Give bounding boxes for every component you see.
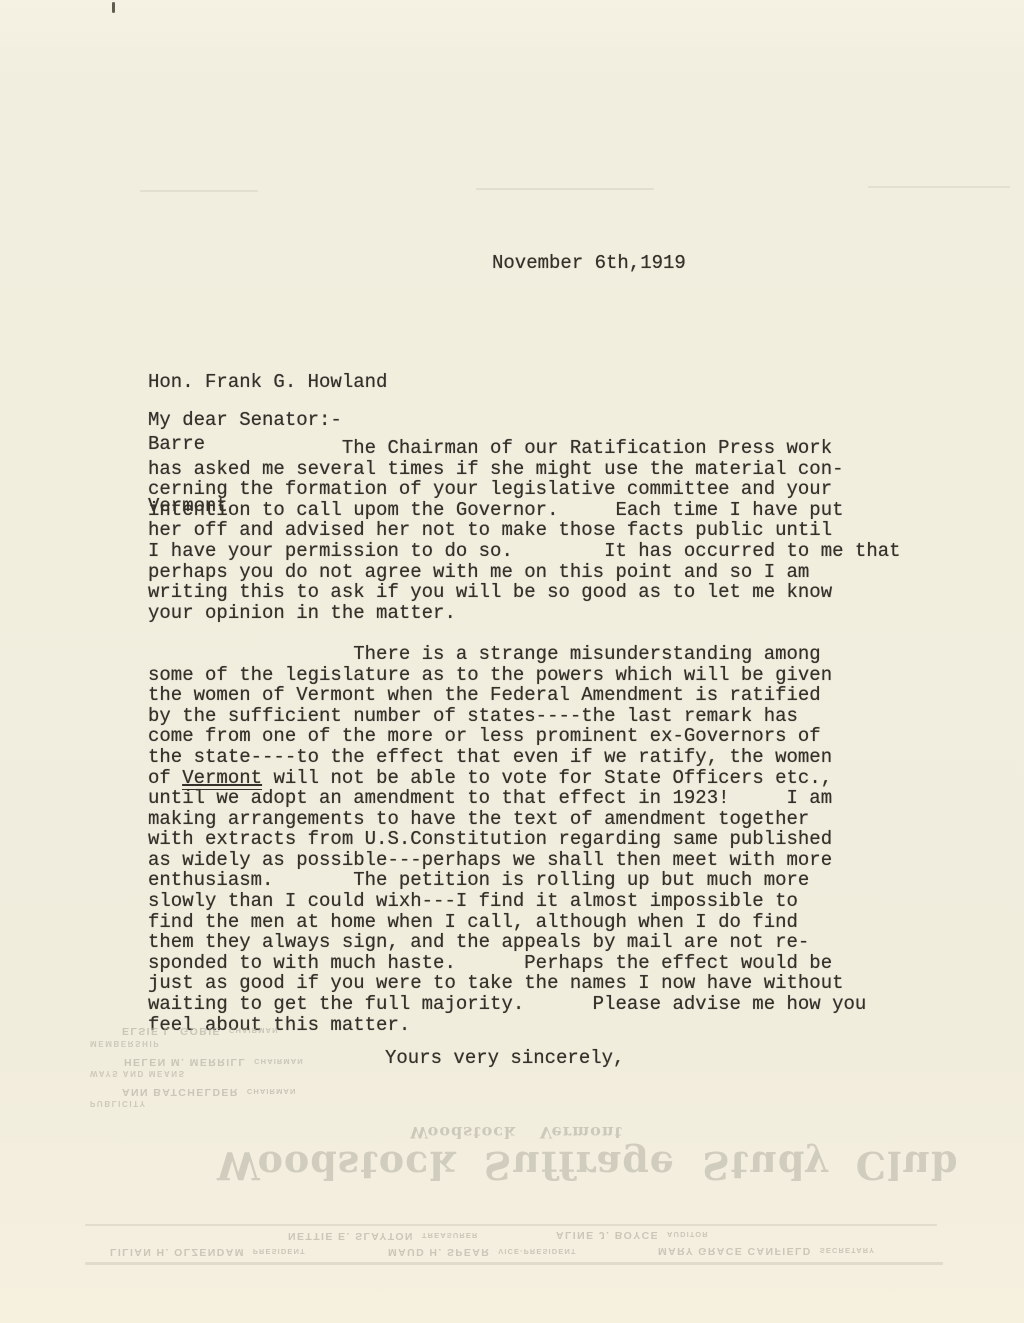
bleed-committee-title: WAYS AND MEANS — [90, 1069, 186, 1078]
bleed-rule-line — [85, 1224, 937, 1226]
bleed-committee-title: MEMBERSHIP — [90, 1039, 160, 1048]
bleed-officer: LILIAN H. OLZENDAMPRESIDENT — [110, 1246, 306, 1258]
chair-role: CHAIRMAN — [254, 1057, 304, 1066]
officer-name: LILIAN H. OLZENDAM — [110, 1246, 245, 1258]
bleed-committee-title: PUBLICITY — [90, 1099, 147, 1108]
salutation: My dear Senator:- — [148, 410, 342, 431]
bleed-rule-line — [85, 1262, 943, 1265]
officer-role: AUDITOR — [667, 1230, 709, 1239]
chair-role: CHAIRMAN — [247, 1087, 297, 1096]
officer-name: ALINE J. BOYCE — [556, 1229, 659, 1241]
officer-name: NETTIE E. SLAYTON — [288, 1230, 414, 1242]
letter-page: November 6th,1919 Hon. Frank G. Howland … — [0, 0, 1024, 1323]
recipient-name: Hon. Frank G. Howland — [148, 372, 387, 393]
officer-role: TREASURER — [422, 1231, 479, 1240]
bleed-committee-chair: ELSIE L. GOBIECHAIRMAN — [122, 1025, 279, 1037]
scan-artifact-line — [140, 190, 258, 192]
chair-name: HELEN M. MERRILL — [124, 1056, 246, 1068]
chair-name: ANN BATCHELDER — [122, 1086, 239, 1098]
officer-name: MARY GRACE CANFIELD — [658, 1245, 812, 1257]
scan-artifact-line — [868, 186, 1010, 188]
closing-line: Yours very sincerely, — [385, 1048, 624, 1069]
chair-name: ELSIE L. GOBIE — [122, 1025, 221, 1037]
officer-role: PRESIDENT — [253, 1247, 306, 1256]
bleed-letterhead-title: Woodstock Suffrage Study Club — [217, 1143, 959, 1188]
scan-artifact-mark — [112, 2, 115, 13]
bleed-officer: MARY GRACE CANFIELDSECRETARY — [658, 1245, 875, 1257]
scan-artifact-line — [476, 188, 654, 190]
bleed-officer: ALINE J. BOYCEAUDITOR — [556, 1229, 709, 1241]
chair-role: CHAIRMAN — [229, 1026, 279, 1035]
bleed-committee-chair: ANN BATCHELDERCHAIRMAN — [122, 1086, 296, 1098]
officer-role: VICE-PRESIDENT — [498, 1247, 576, 1256]
bleed-committee-chair: HELEN M. MERRILLCHAIRMAN — [124, 1056, 304, 1068]
letter-body: The Chairman of our Ratification Press w… — [148, 438, 901, 1035]
officer-name: MAUD H. SPEAR — [388, 1246, 490, 1258]
officer-role: SECRETARY — [820, 1246, 875, 1255]
bleed-letterhead-location: Woodstock Vermont — [410, 1123, 623, 1142]
bleed-officer: MAUD H. SPEARVICE-PRESIDENT — [388, 1246, 577, 1258]
bleed-officer: NETTIE E. SLAYTONTREASURER — [288, 1230, 478, 1242]
letter-date: November 6th,1919 — [492, 253, 686, 274]
